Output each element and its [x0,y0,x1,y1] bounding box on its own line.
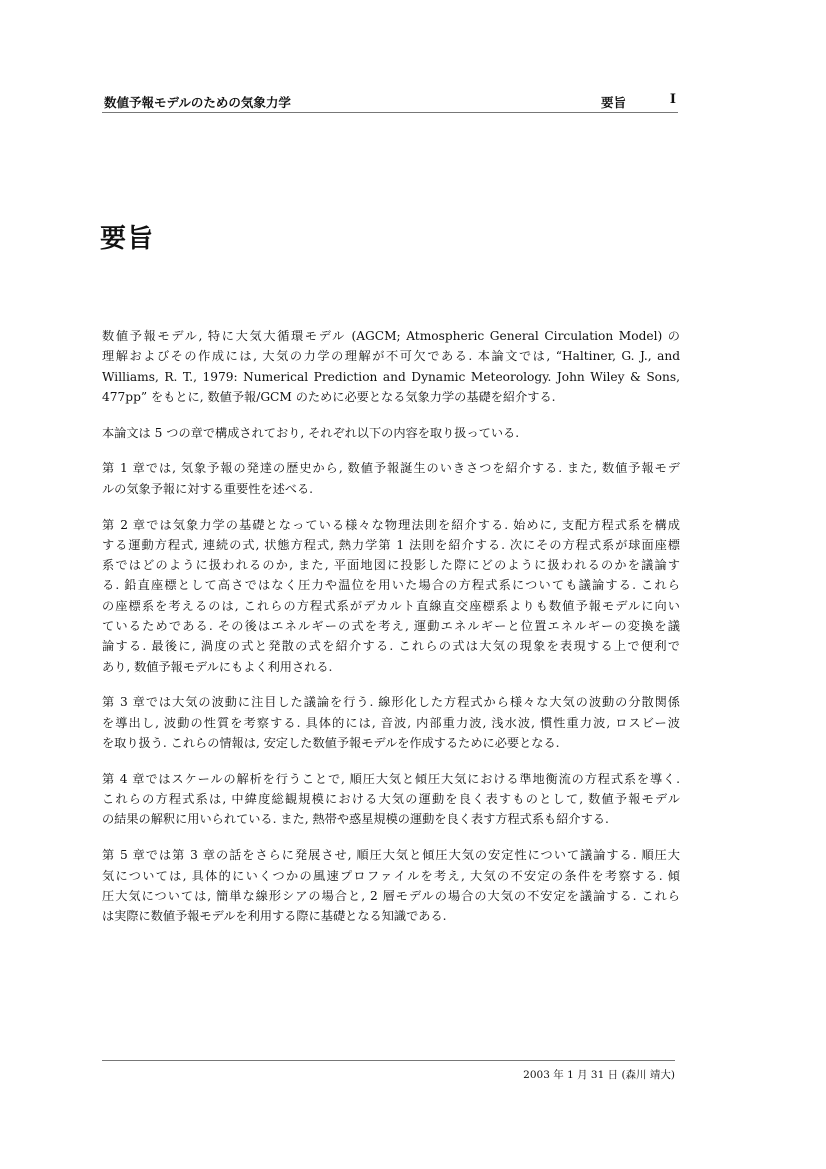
text-line: Williams, R. T., 1979: Numerical Predict… [102,367,680,387]
text-line: 第 5 章では第 3 章の話をさらに発展させ, 順圧大気と傾圧大気の安定性につい… [102,845,680,865]
chapter-title: 要旨 [100,218,154,255]
paragraph-chapter-5: 第 5 章では第 3 章の話をさらに発展させ, 順圧大気と傾圧大気の安定性につい… [102,845,680,926]
text-line: 第 1 章では, 気象予報の発達の歴史から, 数値予報誕生のいきさつを紹介する.… [102,458,680,478]
text-line: を導出し, 波動の性質を考察する. 具体的には, 音波, 内部重力波, 浅水波,… [102,713,680,733]
page-number: I [670,92,676,107]
text-line: る. 鉛直座標として高さではなく圧力や温位を用いた場合の方程式系についても議論す… [102,575,680,595]
text-line: 系ではどのように扱われるのか, また, 平面地図に投影した際にどのように扱われる… [102,555,680,575]
text-line: ているためである. その後はエネルギーの式を考え, 運動エネルギーと位置エネルギ… [102,616,680,636]
text-line: 第 3 章では大気の波動に注目した議論を行う. 線形化した方程式から様々な大気の… [102,692,680,712]
text-line: の結果の解釈に用いられている. また, 熱帯や惑星規模の運動を良く表す方程式系も… [102,809,680,829]
text-line: あり, 数値予報モデルにもよく利用される. [102,657,680,677]
header-title: 数値予報モデルのための気象力学 [104,93,291,111]
text-line: 第 2 章では気象力学の基礎となっている様々な物理法則を紹介する. 始めに, 支… [102,515,680,535]
header-section: 要旨 [601,93,626,111]
text-line: 477pp” をもとに, 数値予報/GCM のために必要となる気象力学の基礎を紹… [102,387,680,407]
text-line: は実際に数値予報モデルを利用する際に基礎となる知識である. [102,906,680,926]
text-line: ルの気象予報に対する重要性を述べる. [102,479,680,499]
text-line: これらの方程式系は, 中緯度総観規模における大気の運動を良く表すものとして, 数… [102,789,680,809]
paragraph-chapter-3: 第 3 章では大気の波動に注目した議論を行う. 線形化した方程式から様々な大気の… [102,692,680,753]
text-line: 本論文は 5 つの章で構成されており, それぞれ以下の内容を取り扱っている. [102,423,680,443]
page-footer: 2003 年 1 月 31 日 (森川 靖大) [102,1060,675,1061]
text-line: 論する. 最後に, 渦度の式と発散の式を紹介する. これらの式は大気の現象を表現… [102,636,680,656]
abstract-body: 数値予報モデル, 特に大気大循環モデル (AGCM; Atmospheric G… [102,326,680,942]
paragraph-chapter-1: 第 1 章では, 気象予報の発達の歴史から, 数値予報誕生のいきさつを紹介する.… [102,458,680,499]
text-line: 第 4 章ではスケールの解析を行うことで, 順圧大気と傾圧大気における準地衡流の… [102,769,680,789]
footer-date-author: 2003 年 1 月 31 日 (森川 靖大) [523,1067,675,1082]
paragraph-chapter-4: 第 4 章ではスケールの解析を行うことで, 順圧大気と傾圧大気における準地衡流の… [102,769,680,830]
text-line: を取り扱う. これらの情報は, 安定した数値予報モデルを作成するために必要となる… [102,733,680,753]
text-line: する運動方程式, 連続の式, 状態方程式, 熱力学第 1 法則を紹介する. 次に… [102,535,680,555]
paragraph-chapter-2: 第 2 章では気象力学の基礎となっている様々な物理法則を紹介する. 始めに, 支… [102,515,680,677]
text-line: 数値予報モデル, 特に大気大循環モデル (AGCM; Atmospheric G… [102,326,680,346]
text-line: 理解およびその作成には, 大気の力学の理解が不可欠である. 本論文では, “Ha… [102,346,680,366]
running-header: 数値予報モデルのための気象力学 要旨 I [102,92,678,113]
text-line: の座標系を考えるのは, これらの方程式系がデカルト直線直交座標系よりも数値予報モ… [102,596,680,616]
paragraph-intro: 数値予報モデル, 特に大気大循環モデル (AGCM; Atmospheric G… [102,326,680,407]
text-line: 気については, 具体的にいくつかの風速プロファイルを考え, 大気の不安定の条件を… [102,866,680,886]
paragraph-structure: 本論文は 5 つの章で構成されており, それぞれ以下の内容を取り扱っている. [102,423,680,443]
text-line: 圧大気については, 簡単な線形シアの場合と, 2 層モデルの場合の大気の不安定を… [102,886,680,906]
